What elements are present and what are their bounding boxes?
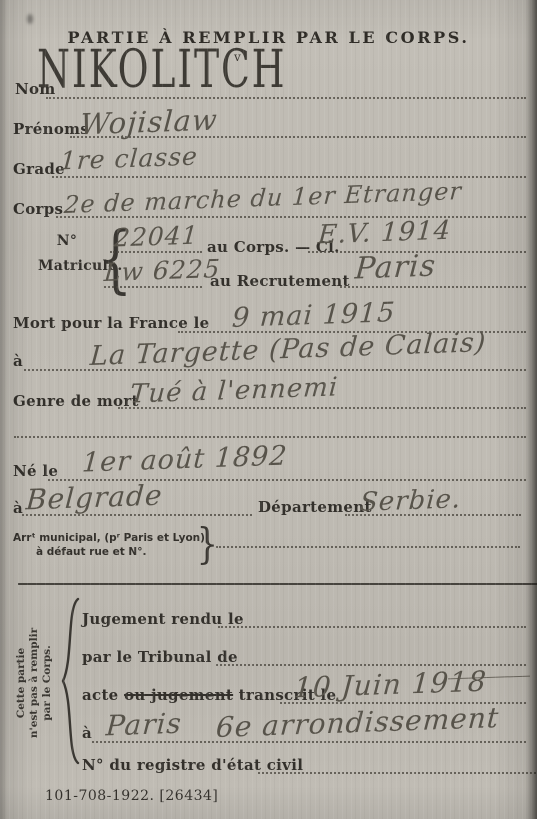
nom-caron-mark: v [234, 50, 241, 64]
registre-dotted [258, 772, 536, 774]
classe-handwriting: E.V. 1914 [317, 216, 452, 251]
transcrit-place-dotted [92, 741, 526, 743]
arr-municipal-dotted [216, 546, 520, 548]
ne-le-label: Né le [13, 462, 58, 480]
acte-struck-words: ou jugement [124, 686, 233, 704]
side-note-line3: par le Corps. [41, 608, 54, 758]
transcrit-date-handwriting: 10 Juin 1918 [293, 665, 488, 705]
matricule-corps-number-handwriting: 22041 [113, 220, 200, 252]
au-recrutement-label: au Recrutement [210, 272, 350, 290]
matricule-label-line1: N° [38, 233, 96, 249]
scan-edge-right [526, 0, 537, 819]
mort-le-handwriting: 9 mai 1915 [231, 297, 396, 334]
departement-handwriting: Serbie. [359, 484, 462, 518]
side-note-line2: n'est pas à remplir [28, 608, 41, 758]
arr-municipal-brace: } [197, 524, 218, 564]
arr-municipal-label-line2: à défaut rue et N°. [36, 546, 146, 558]
prenoms-handwriting: Wojislaw [79, 103, 219, 142]
transcrit-a-label: à [82, 724, 92, 742]
recrutement-place-handwriting: Paris [354, 249, 437, 287]
nom-value: NIKOLITCH [37, 52, 308, 100]
mort-a-label: à [13, 352, 23, 370]
matricule-label: N° Matricule. [38, 233, 96, 274]
ne-a-handwriting: Belgrade [25, 479, 164, 517]
mort-le-label: Mort pour la France le [13, 314, 209, 332]
recrutement-dotted [340, 286, 526, 288]
transcrit-arrondissement-handwriting: 6e arrondissement [215, 701, 500, 744]
arr-municipal-label-line1: Arrᵗ municipal, (pʳ Paris et Lyon), [13, 532, 209, 544]
jugement-brace [58, 596, 82, 766]
nom-handwriting: NIKOLITCH [37, 39, 286, 100]
matricule-corps-dotted [110, 251, 202, 253]
side-note-not-to-fill: Cette partie n'est pas à remplir par le … [15, 608, 59, 758]
mort-a-handwriting: La Targette (Pas de Calais) [89, 327, 487, 372]
acte-prefix: acte [82, 686, 119, 704]
tribunal-label: par le Tribunal de [82, 648, 238, 666]
side-note-line1: Cette partie [15, 608, 28, 758]
matricule-label-line2: Matricule. [38, 258, 96, 274]
scan-edge-left [0, 0, 7, 819]
grade-handwriting: 1re classe [59, 142, 199, 176]
continuation-dotted-line [14, 436, 526, 438]
corps-handwriting: 2e de marche du 1er Etranger [63, 177, 463, 219]
jugement-rendu-dotted [218, 626, 526, 628]
transcrit-place-handwriting: Paris [105, 707, 183, 743]
military-death-record-card: PARTIE À REMPLIR PAR LE CORPS. Nom NIKOL… [0, 0, 537, 819]
genre-mort-handwriting: Tué à l'ennemi [129, 372, 339, 409]
ne-le-handwriting: 1er août 1892 [81, 440, 289, 478]
matricule-recrutement-number-handwriting: Lw 6225 [103, 254, 222, 287]
matricule-recrutement-dotted [104, 286, 202, 288]
printer-imprint: 101-708-1922. [26434] [45, 788, 218, 804]
section-separator-rule [18, 583, 537, 585]
ink-smudge [27, 14, 33, 24]
